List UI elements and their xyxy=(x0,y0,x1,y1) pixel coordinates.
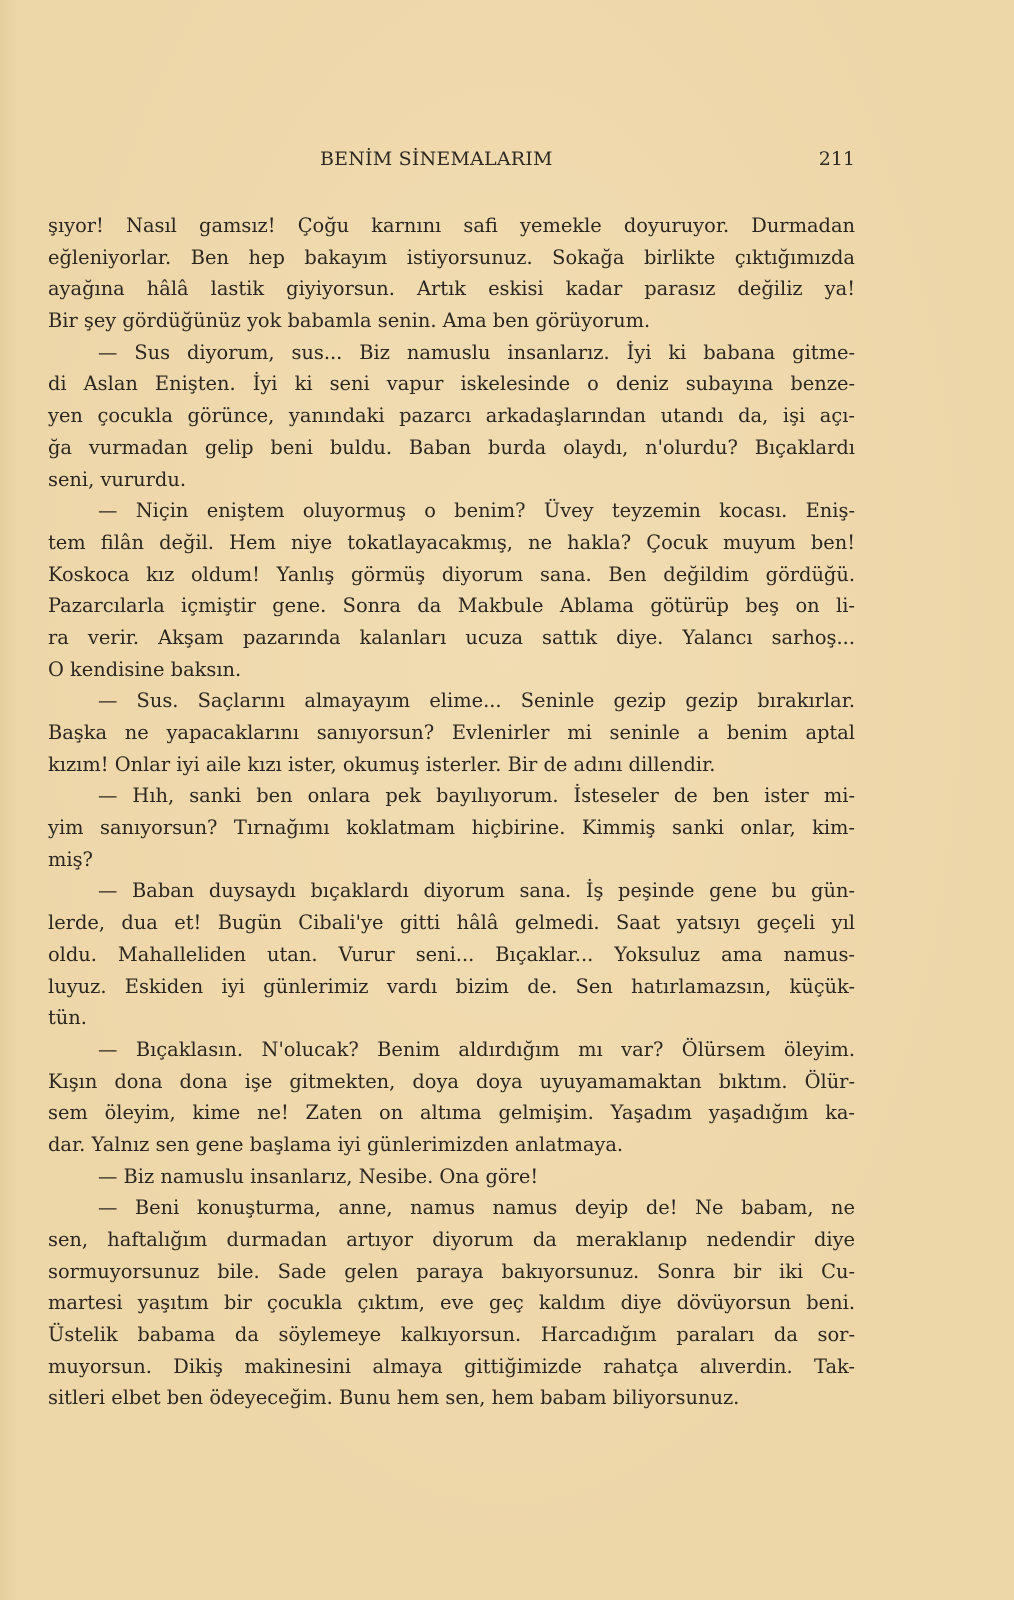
text-line: sem öleyim, kime ne! Zaten on altıma gel… xyxy=(48,1097,855,1129)
page-number: 211 xyxy=(819,148,855,170)
text-line: Pazarcılarla içmiştir gene. Sonra da Mak… xyxy=(48,590,855,622)
text-line: — Baban duysaydı bıçaklardı diyorum sana… xyxy=(48,875,855,907)
text-line: sormuyorsunuz bile. Sade gelen paraya ba… xyxy=(48,1256,855,1288)
text-line: — Beni konuşturma, anne, namus namus dey… xyxy=(48,1192,855,1224)
text-line: — Sus. Saçlarını almayayım elime... Seni… xyxy=(48,685,855,717)
text-line: miş? xyxy=(48,844,855,876)
text-line: tem filân değil. Hem niye tokatlayacakmı… xyxy=(48,527,855,559)
text-line: Koskoca kız oldum! Yanlış görmüş diyorum… xyxy=(48,559,855,591)
text-line: ayağına hâlâ lastik giyiyorsun. Artık es… xyxy=(48,273,855,305)
text-line: lerde, dua et! Bugün Cibali'ye gitti hâl… xyxy=(48,907,855,939)
book-page: BENİM SİNEMALARIM 211 şıyor! Nasıl gamsı… xyxy=(0,0,1014,1600)
text-line: kızım! Onlar iyi aile kızı ister, okumuş… xyxy=(48,749,855,781)
text-line: — Hıh, sanki ben onlara pek bayılıyorum.… xyxy=(48,780,855,812)
text-line: seni, vururdu. xyxy=(48,464,855,496)
text-line: şıyor! Nasıl gamsız! Çoğu karnını safi y… xyxy=(48,210,855,242)
text-line: oldu. Mahalleliden utan. Vurur seni... B… xyxy=(48,939,855,971)
text-line: ğa vurmadan gelip beni buldu. Baban burd… xyxy=(48,432,855,464)
text-line: Başka ne yapacaklarını sanıyorsun? Evlen… xyxy=(48,717,855,749)
text-line: ra verir. Akşam pazarında kalanları ucuz… xyxy=(48,622,855,654)
text-line: martesi yaşıtım bir çocukla çıktım, eve … xyxy=(48,1287,855,1319)
text-line: yim sanıyorsun? Tırnağımı koklatmam hiçb… xyxy=(48,812,855,844)
text-line: sitleri elbet ben ödeyeceğim. Bunu hem s… xyxy=(48,1382,855,1414)
body-text: şıyor! Nasıl gamsız! Çoğu karnını safi y… xyxy=(48,210,855,1414)
text-line: muyorsun. Dikiş makinesini almaya gittiğ… xyxy=(48,1351,855,1383)
running-title: BENİM SİNEMALARIM xyxy=(320,148,553,170)
text-line: eğleniyorlar. Ben hep bakayım istiyorsun… xyxy=(48,242,855,274)
text-line: — Sus diyorum, sus... Biz namuslu insanl… xyxy=(48,337,855,369)
running-head: BENİM SİNEMALARIM 211 xyxy=(48,148,855,178)
text-line: sen, haftalığım durmadan artıyor diyorum… xyxy=(48,1224,855,1256)
text-line: di Aslan Enişten. İyi ki seni vapur iske… xyxy=(48,368,855,400)
text-line: yen çocukla görünce, yanındaki pazarcı a… xyxy=(48,400,855,432)
text-line: — Bıçaklasın. N'olucak? Benim aldırdığım… xyxy=(48,1034,855,1066)
text-line: Kışın dona dona işe gitmekten, doya doya… xyxy=(48,1066,855,1098)
text-line: dar. Yalnız sen gene başlama iyi günleri… xyxy=(48,1129,855,1161)
text-line: — Niçin eniştem oluyormuş o benim? Üvey … xyxy=(48,495,855,527)
text-line: O kendisine baksın. xyxy=(48,654,855,686)
text-line: Üstelik babama da söylemeye kalkıyorsun.… xyxy=(48,1319,855,1351)
text-line: tün. xyxy=(48,1002,855,1034)
text-line: Bir şey gördüğünüz yok babamla senin. Am… xyxy=(48,305,855,337)
text-line: luyuz. Eskiden iyi günlerimiz vardı bizi… xyxy=(48,971,855,1003)
text-line: — Biz namuslu insanlarız, Nesibe. Ona gö… xyxy=(48,1161,855,1193)
